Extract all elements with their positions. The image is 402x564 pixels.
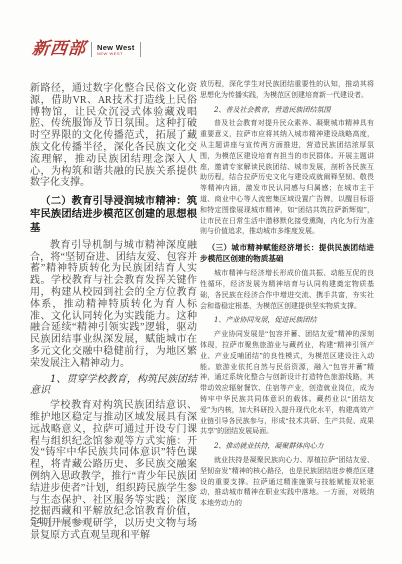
paragraph: 城市精神与经济增长形成价值共振、动能互促的良性循环，经济发展为精神培育与认同构建… (200, 268, 374, 311)
subsection-heading-1: 1、贯穿学校教育，构筑民族团结意识 (30, 374, 197, 398)
logo-en-block: New West NEW WEST (97, 43, 135, 57)
footer-divider (50, 516, 51, 527)
page-number: 54 (31, 516, 43, 527)
subsection-heading-4: 2、推动就业扶持，凝聚群体向心力 (200, 441, 374, 452)
paragraph-continuation: 放历程，深化学生对民族团结重要性的认知，推动其将思想化为传播实践，为模范区创建培… (200, 79, 374, 101)
subsection-heading-2: 2、普及社会教育，营造民族团结氛围 (200, 105, 374, 116)
footer-journal-name: New West (58, 519, 85, 525)
paragraph: 产业协同发展是“包容并蓄、团结友爱”精神的深刻体现，拉萨市聚焦旅游业与藏药业，构… (200, 329, 374, 437)
logo-divider-2 (140, 42, 141, 57)
paragraph: 就业扶持是凝聚民族向心力、厚植拉萨“团结友爱、坚韧奋发”精神的核心路径，也是民族… (200, 455, 374, 509)
paragraph: 新路径，通过数字化整合民俗文化资源，借助VR、AR技术打造线上民俗博物馆，让民众… (30, 83, 197, 189)
paragraph: 普及社会教育对提升民众素养、凝聚城市精神具有重要意义，拉萨市应将其纳入城市精神建… (200, 118, 374, 237)
section-heading-3: （三）城市精神赋能经济增长：提供民族团结进步模范区创建的物质基础 (200, 242, 374, 264)
right-column: 放历程，深化学生对民族团结重要性的认知，推动其将思想化为传播实践，为模范区创建培… (200, 79, 374, 509)
logo-calligraphy-cn: 新西部 (31, 41, 87, 58)
page-footer: 54 New West (31, 516, 85, 527)
left-column: 新路径，通过数字化整合民俗文化资源，借助VR、AR技术打造线上民俗博物馆，让民众… (30, 83, 197, 542)
logo-tagline: NEW WEST (97, 52, 135, 57)
journal-page: 新西部 New West NEW WEST 新路径，通过数字化整合民俗文化资源，… (0, 0, 402, 564)
paragraph: 教育引导机制与城市精神深度融合，将“坚韧奋进、团结友爱、包容并蓄”精神特质转化为… (30, 240, 197, 370)
section-heading-2: （二）教育引导浸润城市精神：筑牢民族团结进步模范区创建的思想根基 (30, 195, 197, 235)
logo-divider (91, 42, 92, 57)
journal-logo: 新西部 New West NEW WEST (32, 41, 141, 58)
subsection-heading-3: 1、产业协同发展，促进民族团结 (200, 315, 374, 326)
